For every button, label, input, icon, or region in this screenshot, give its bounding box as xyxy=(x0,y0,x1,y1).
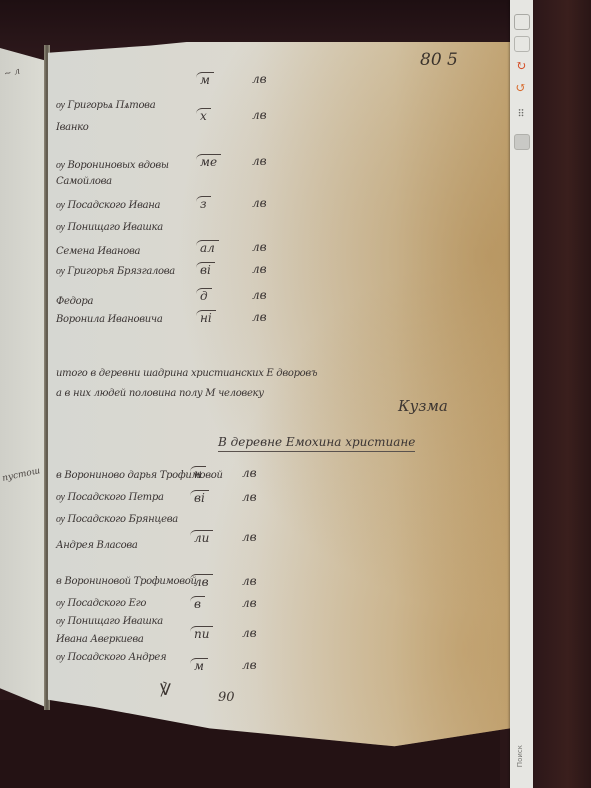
entry-value: лв xyxy=(252,240,267,254)
entry-value: ві xyxy=(196,262,215,277)
entry-value: ні xyxy=(196,310,216,325)
entry-value: м xyxy=(190,658,208,673)
margin-note: пустош xyxy=(1,466,41,484)
entry-value: в xyxy=(190,596,205,611)
entry-name: Федора xyxy=(56,296,93,307)
entry-name: Іванко xyxy=(56,122,89,133)
entry-value: н xyxy=(190,466,206,481)
entry-name: ѹ Григорьѧ Пѧтова xyxy=(56,100,155,111)
section-heading: В деревне Емохина христиане xyxy=(218,435,415,452)
entry-name: Воронила Ивановича xyxy=(56,314,162,325)
entry-value: лв xyxy=(190,574,213,589)
entry-value: лв xyxy=(252,154,267,168)
entry-name: Андрея Власова xyxy=(56,540,138,551)
app-sidebar: ↻ ↺ ⠿ Поиск xyxy=(510,0,533,788)
entry-name: ѹ Понищаго Ивашка xyxy=(56,222,163,233)
entry-value: х xyxy=(196,108,211,123)
entry-name: Семена Иванова xyxy=(56,246,140,257)
entry-value: лв xyxy=(252,108,267,122)
entry-name: Ивана Аверкиева xyxy=(56,634,144,645)
entry-name: Самойлова xyxy=(56,176,112,187)
entry-value: м xyxy=(196,72,214,87)
entry-value: лв xyxy=(242,466,257,480)
summary-line-1: итого в деревни шадрина христианских Е д… xyxy=(56,368,317,379)
document-icon[interactable] xyxy=(514,36,530,52)
page-number: 80 5 xyxy=(420,50,458,70)
entry-value: лв xyxy=(242,596,257,610)
grid-icon[interactable]: ⠿ xyxy=(514,108,528,122)
summary-line-2: а в них людей половина полу М человеку xyxy=(56,388,264,399)
signature: Кузма xyxy=(398,397,448,415)
entry-name: ѹ Понищаго Ивашка xyxy=(56,616,163,627)
entry-value: лв xyxy=(252,72,267,86)
entry-value: лв xyxy=(242,490,257,504)
document-icon[interactable] xyxy=(514,14,530,30)
panel-icon[interactable] xyxy=(514,134,530,150)
manuscript-page: 80 5 ѹ Григорьѧ Пѧтова м лв Іванко х лв … xyxy=(48,42,510,757)
folio-mark: 90 xyxy=(218,690,235,705)
entry-name: ѹ Посадского Ивана xyxy=(56,200,160,211)
entry-value: лв xyxy=(242,530,257,544)
search-label[interactable]: Поиск xyxy=(516,745,524,767)
entry-value: з xyxy=(196,196,211,211)
entry-value: лв xyxy=(242,574,257,588)
monitor-bezel xyxy=(533,0,591,788)
entry-value: ли xyxy=(190,530,213,545)
flourish-mark: ℣ xyxy=(160,680,171,699)
entry-value: лв xyxy=(242,658,257,672)
entry-value: ві xyxy=(190,490,209,505)
entry-value: ал xyxy=(196,240,219,255)
entry-name: ѹ Ворониновых вдовы xyxy=(56,160,169,171)
entry-name: ѹ Григорья Брязгалова xyxy=(56,266,175,277)
entry-value: ме xyxy=(196,154,221,169)
margin-note-top: ~ л xyxy=(3,66,21,79)
entry-value: лв xyxy=(252,262,267,276)
entry-value: лв xyxy=(252,310,267,324)
entry-name: ѹ Посадского Петра xyxy=(56,492,164,503)
entry-name: ѹ Посадского Брянцева xyxy=(56,514,178,525)
entry-value: лв xyxy=(252,196,267,210)
entry-value: д xyxy=(196,288,212,303)
entry-value: лв xyxy=(242,626,257,640)
entry-value: пи xyxy=(190,626,213,641)
entry-name: в Ворониновой Трофимовой xyxy=(56,576,197,587)
entry-value: лв xyxy=(252,288,267,302)
app-orange-icon[interactable]: ↻ xyxy=(514,60,528,74)
entry-name: ѹ Посадского Его xyxy=(56,598,146,609)
app-orange-icon[interactable]: ↺ xyxy=(514,82,528,96)
entry-name: ѹ Посадского Андрея xyxy=(56,652,166,663)
facing-page-left: ~ л пустош xyxy=(0,48,48,708)
